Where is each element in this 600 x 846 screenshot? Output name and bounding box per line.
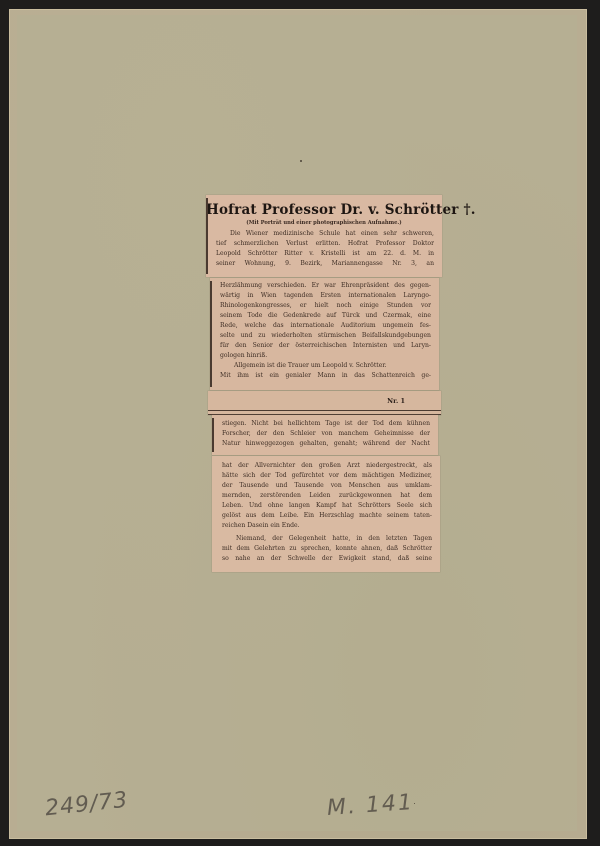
text-line: Mit ihm ist ein genialer Mann in das Sch… <box>220 371 431 381</box>
text-line: reichen Dasein ein Ende. <box>222 521 432 531</box>
text-line: der Tausende und Tausende von Menschen a… <box>222 481 432 491</box>
handwritten-catalog-mark: M. 141 <box>326 790 415 821</box>
article-paragraph-1: Die Wiener medizinische Schule hat einen… <box>216 229 434 269</box>
column-rule <box>206 198 208 274</box>
text-line: hätte sich der Tod gefürchtet vor dem mä… <box>222 471 432 481</box>
text-line: Allgemein ist die Trauer um Leopold v. S… <box>220 361 431 371</box>
text-line: so nahe an der Schwelle der Ewigkeit sta… <box>222 554 432 564</box>
clipping-piece-2: Herzlähmung verschieden. Er war Ehrenprä… <box>210 278 439 390</box>
text-line: wärtig in Wien tagenden Ersten internati… <box>220 291 431 301</box>
column-rule <box>210 281 212 387</box>
article-paragraph-4: hat der Allvernichter den großen Arzt ni… <box>222 461 432 564</box>
text-line: Natur hinweggezogen gehalten, genaht; wä… <box>222 439 430 449</box>
text-line: gelöst aus dem Leibe. Ein Herzschlag mac… <box>222 511 432 521</box>
text-line: für den Senior der österreichischen Inte… <box>220 341 431 351</box>
text-line: Rede, welche das internationale Auditori… <box>220 321 431 331</box>
text-line: Niemand, der Gelegenheit hatte, in den l… <box>222 534 432 544</box>
clipping-piece-3: stiegen. Nicht bei hellichtem Tage ist d… <box>212 415 438 455</box>
text-line: selte und zu wiederholten stürmischen Be… <box>220 331 431 341</box>
clipping-page-marker-piece: Nr. 1 <box>208 391 441 415</box>
text-line: Leben. Und ohne langen Kampf hat Schrött… <box>222 501 432 511</box>
handwritten-inventory-number: 249/73 <box>44 788 130 822</box>
text-line: hat der Allvernichter den großen Arzt ni… <box>222 461 432 471</box>
text-line: Leopold Schrötter Ritter v. Kristelli is… <box>216 249 434 259</box>
text-line: seinem Tode die Gedenkrede auf Türck und… <box>220 311 431 321</box>
column-rule <box>212 418 214 452</box>
archival-mount-card: Hofrat Professor Dr. v. Schrötter †. (Mi… <box>9 9 587 839</box>
article-subheadline: (Mit Porträt und einer photographischen … <box>206 220 442 226</box>
text-line: stiegen. Nicht bei hellichtem Tage ist d… <box>222 419 430 429</box>
page-number-marker: Nr. 1 <box>387 397 405 405</box>
text-line: gologen hinriß. <box>220 351 431 361</box>
paper-speck <box>414 803 415 804</box>
text-line: seiner Wohnung, 9. Bezirk, Mariannengass… <box>216 259 434 269</box>
text-line: Rhinologenkongresses, er hielt noch eini… <box>220 301 431 311</box>
article-paragraph-3: stiegen. Nicht bei hellichtem Tage ist d… <box>222 419 430 449</box>
text-line: mit dem Gelehrten zu sprechen, konnte ah… <box>222 544 432 554</box>
text-line: Die Wiener medizinische Schule hat einen… <box>216 229 434 239</box>
article-headline: Hofrat Professor Dr. v. Schrötter †. <box>206 202 442 218</box>
text-line: Forscher, der den Schleier von manchem G… <box>222 429 430 439</box>
clipping-piece-4: hat der Allvernichter den großen Arzt ni… <box>212 456 440 572</box>
clipping-headline-piece: Hofrat Professor Dr. v. Schrötter †. (Mi… <box>206 195 442 277</box>
text-line: tief schmerzlichen Verlust erlitten. Hof… <box>216 239 434 249</box>
text-line: Herzlähmung verschieden. Er war Ehrenprä… <box>220 281 431 291</box>
article-paragraph-2: Herzlähmung verschieden. Er war Ehrenprä… <box>220 281 431 381</box>
paper-speck <box>300 160 302 162</box>
text-line: mernden, zerstörenden Leiden zurückgewon… <box>222 491 432 501</box>
